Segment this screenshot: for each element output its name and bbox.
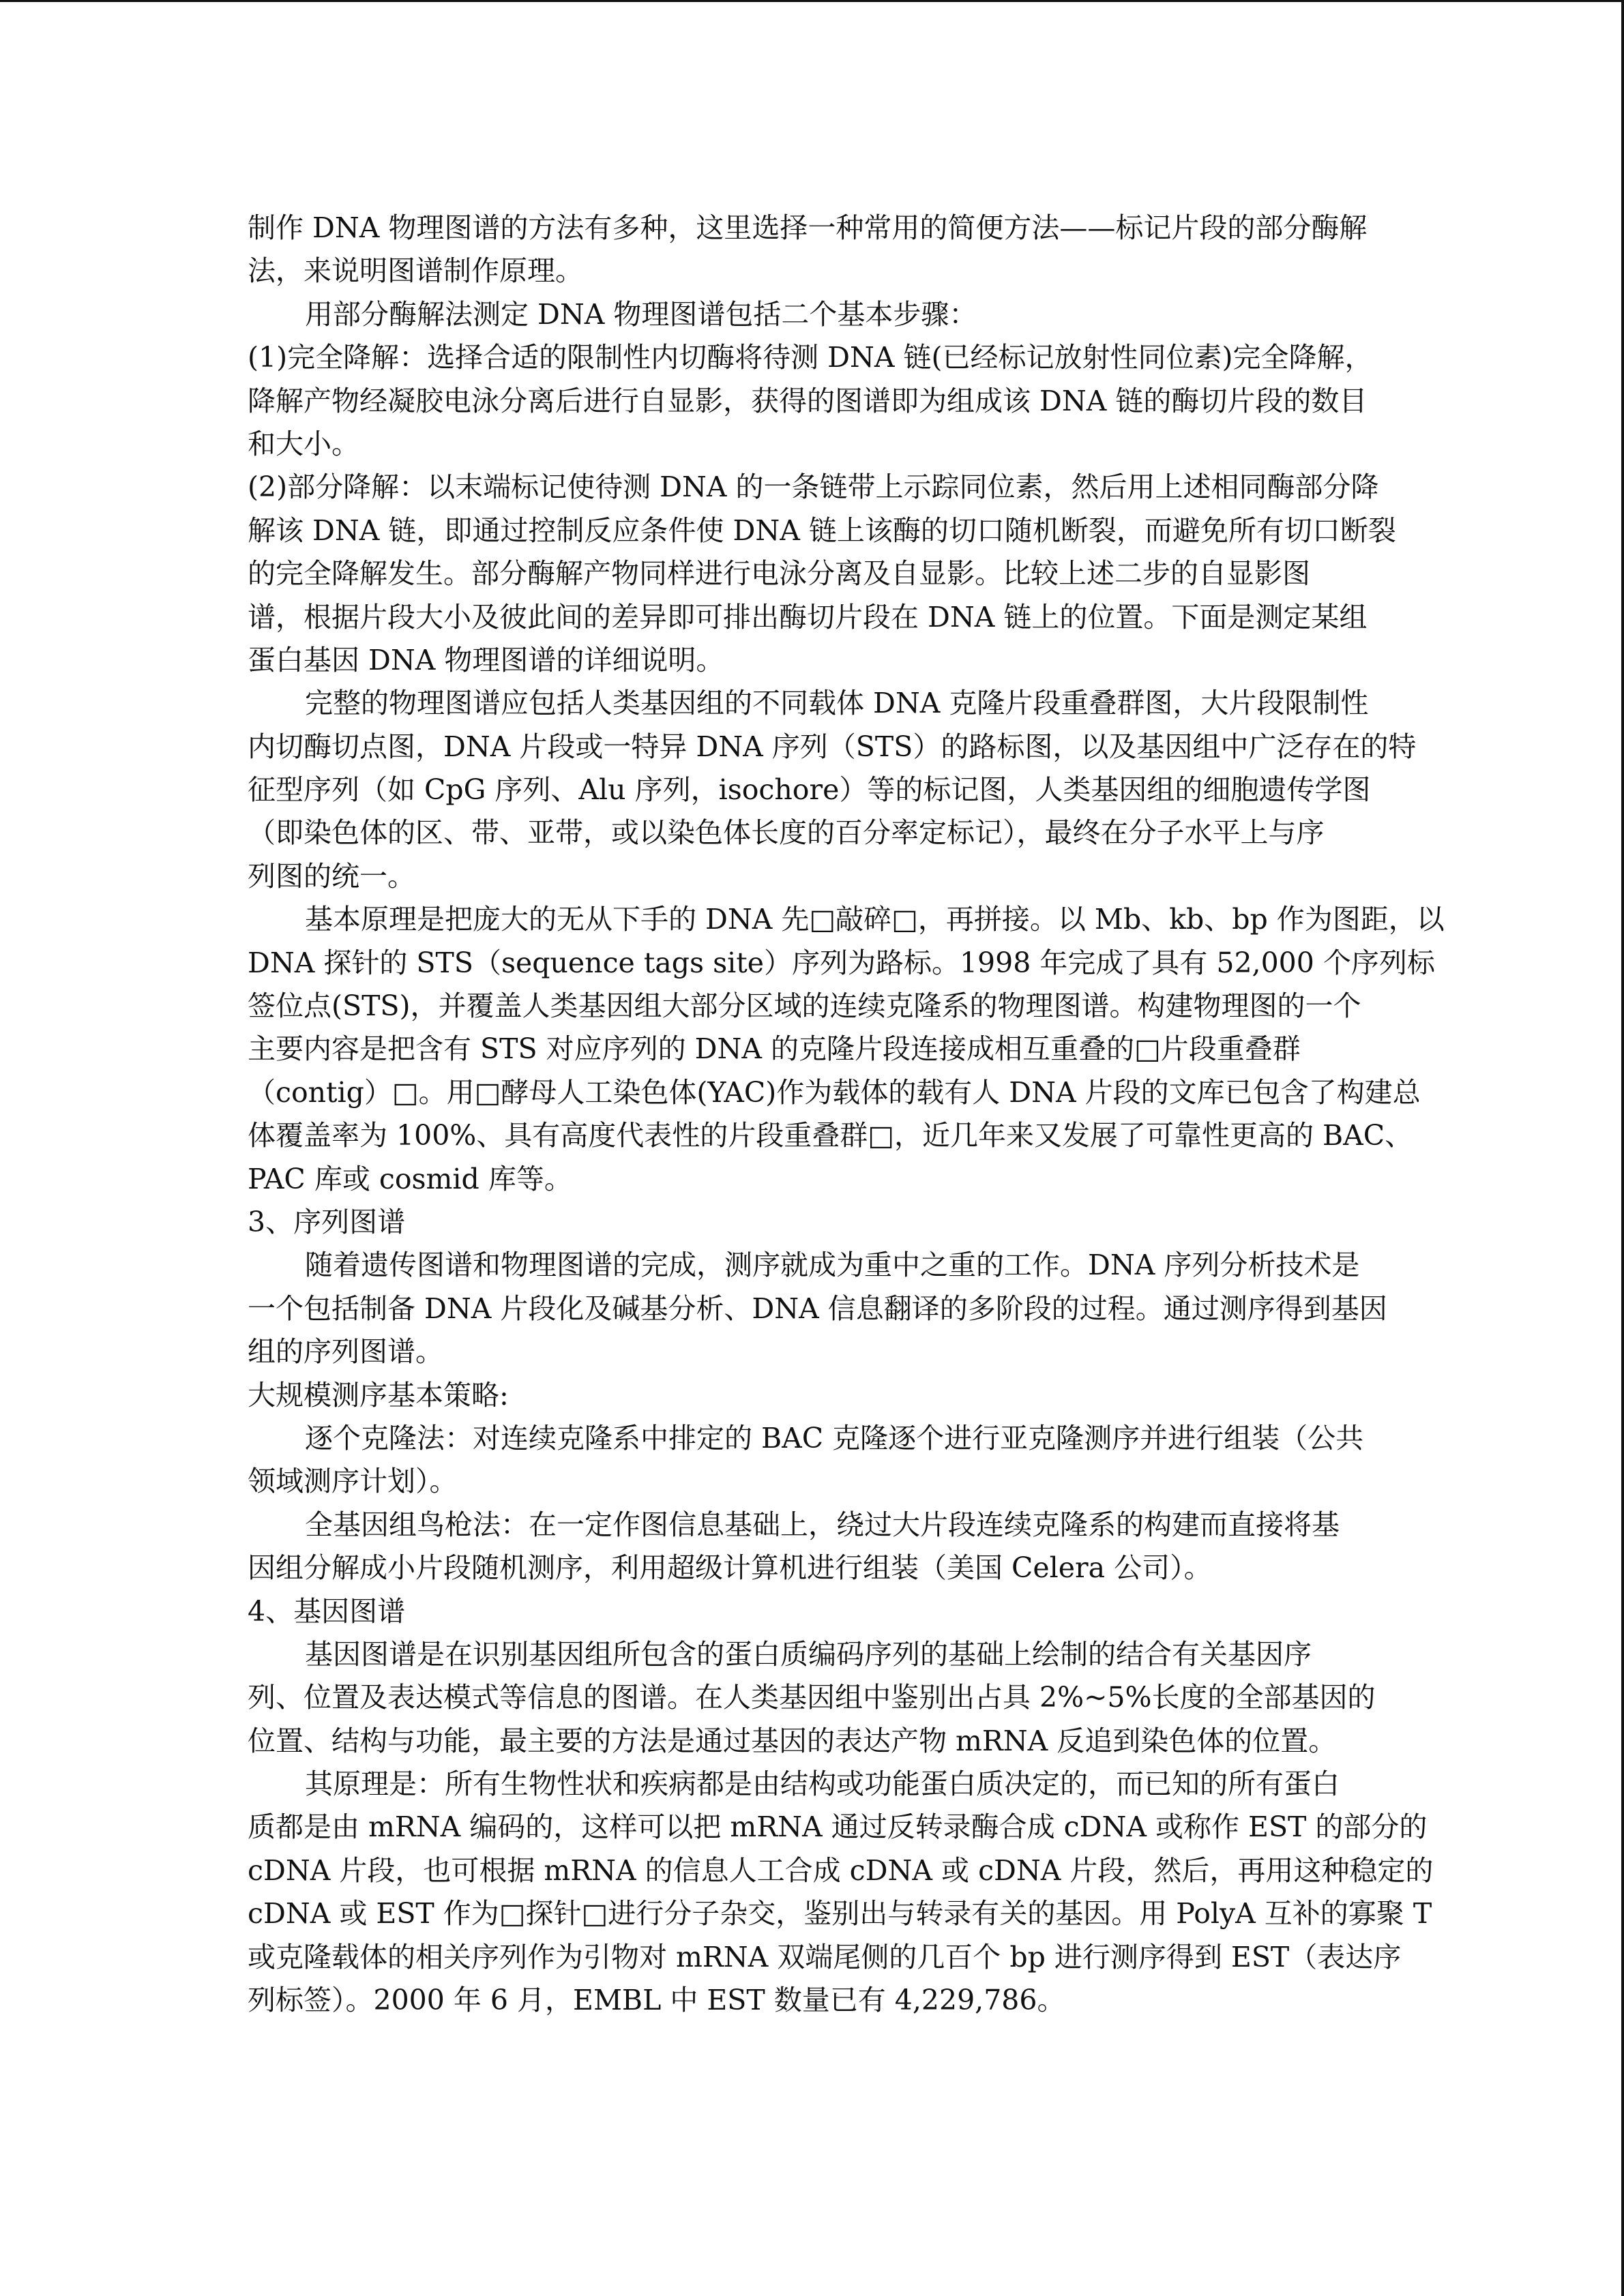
text-line: 列标签）。2000 年 6 月，EMBL 中 EST 数量已有 4,229,78… <box>248 1979 1380 2022</box>
paragraph-gene-map: 基因图谱是在识别基因组所包含的蛋白质编码序列的基础上绘制的结合有关基因序 列、位… <box>248 1633 1380 1763</box>
text-line: 制作 DNA 物理图谱的方法有多种，这里选择一种常用的简便方法——标记片段的部分… <box>248 207 1380 250</box>
text-line: 列、位置及表达模式等信息的图谱。在人类基因组中鉴别出占具 2%~5%长度的全部基… <box>248 1676 1380 1719</box>
text-line: 组的序列图谱。 <box>248 1330 1380 1373</box>
paragraph-gene-principle: 其原理是：所有生物性状和疾病都是由结构或功能蛋白质决定的，而已知的所有蛋白 质都… <box>248 1763 1380 2022</box>
paragraph-step-2: (2)部分降解：以末端标记使待测 DNA 的一条链带上示踪同位素，然后用上述相同… <box>248 466 1380 682</box>
heading-text: 4、基因图谱 <box>248 1590 1380 1633</box>
text-line: （contig）□。用□酵母人工染色体(YAC)作为载体的载有人 DNA 片段的… <box>248 1071 1380 1114</box>
text-line: DNA 探针的 STS（sequence tags site）序列为路标。199… <box>248 942 1380 985</box>
paragraph-clone-by-clone: 逐个克隆法：对连续克隆系中排定的 BAC 克隆逐个进行亚克隆测序并进行组装（公共… <box>248 1417 1380 1504</box>
section-heading-gene-map: 4、基因图谱 <box>248 1590 1380 1633</box>
text-line: 蛋白基因 DNA 物理图谱的详细说明。 <box>248 639 1380 682</box>
paragraph-shotgun: 全基因组鸟枪法：在一定作图信息基础上，绕过大片段连续克隆系的构建而直接将基 因组… <box>248 1504 1380 1590</box>
document-page: 制作 DNA 物理图谱的方法有多种，这里选择一种常用的简便方法——标记片段的部分… <box>0 0 1624 2296</box>
text-line: 基本原理是把庞大的无从下手的 DNA 先□敲碎□，再拼接。以 Mb、kb、bp … <box>248 898 1380 941</box>
paragraph-steps-intro: 用部分酶解法测定 DNA 物理图谱包括二个基本步骤： <box>248 293 1380 336</box>
text-line: （即染色体的区、带、亚带，或以染色体长度的百分率定标记），最终在分子水平上与序 <box>248 811 1380 854</box>
text-line: 一个包括制备 DNA 片段化及碱基分析、DNA 信息翻译的多阶段的过程。通过测序… <box>248 1287 1380 1330</box>
text-line: 内切酶切点图，DNA 片段或一特异 DNA 序列（STS）的路标图，以及基因组中… <box>248 726 1380 769</box>
text-line: 全基因组鸟枪法：在一定作图信息基础上，绕过大片段连续克隆系的构建而直接将基 <box>248 1504 1380 1547</box>
text-line: 体覆盖率为 100%、具有高度代表性的片段重叠群□，近几年来又发展了可靠性更高的… <box>248 1114 1380 1157</box>
text-line: 质都是由 mRNA 编码的，这样可以把 mRNA 通过反转录酶合成 cDNA 或… <box>248 1806 1380 1849</box>
text-line: 领域测序计划）。 <box>248 1460 1380 1503</box>
text-line: 解该 DNA 链，即通过控制反应条件使 DNA 链上该酶的切口随机断裂，而避免所… <box>248 509 1380 552</box>
paragraph-principle: 基本原理是把庞大的无从下手的 DNA 先□敲碎□，再拼接。以 Mb、kb、bp … <box>248 898 1380 1201</box>
text-line: cDNA 片段，也可根据 mRNA 的信息人工合成 cDNA 或 cDNA 片段… <box>248 1849 1380 1892</box>
text-line: 位置、结构与功能，最主要的方法是通过基因的表达产物 mRNA 反追到染色体的位置… <box>248 1720 1380 1763</box>
text-line: 随着遗传图谱和物理图谱的完成，测序就成为重中之重的工作。DNA 序列分析技术是 <box>248 1244 1380 1287</box>
text-line: 完整的物理图谱应包括人类基因组的不同载体 DNA 克隆片段重叠群图，大片段限制性 <box>248 682 1380 725</box>
text-line: 用部分酶解法测定 DNA 物理图谱包括二个基本步骤： <box>248 293 1380 336</box>
text-line: 其原理是：所有生物性状和疾病都是由结构或功能蛋白质决定的，而已知的所有蛋白 <box>248 1763 1380 1806</box>
text-line: 谱，根据片段大小及彼此间的差异即可排出酶切片段在 DNA 链上的位置。下面是测定… <box>248 596 1380 639</box>
heading-text: 3、序列图谱 <box>248 1201 1380 1244</box>
paragraph-complete-map: 完整的物理图谱应包括人类基因组的不同载体 DNA 克隆片段重叠群图，大片段限制性… <box>248 682 1380 898</box>
text-line: 基因图谱是在识别基因组所包含的蛋白质编码序列的基础上绘制的结合有关基因序 <box>248 1633 1380 1676</box>
text-line: 大规模测序基本策略: <box>248 1374 1380 1417</box>
paragraph-step-1: (1)完全降解：选择合适的限制性内切酶将待测 DNA 链(已经标记放射性同位素)… <box>248 336 1380 466</box>
text-line: 因组分解成小片段随机测序，利用超级计算机进行组装（美国 Celera 公司）。 <box>248 1547 1380 1590</box>
paragraph-strategy-title: 大规模测序基本策略: <box>248 1374 1380 1417</box>
text-line: 和大小。 <box>248 423 1380 466</box>
text-line: 的完全降解发生。部分酶解产物同样进行电泳分离及自显影。比较上述二步的自显影图 <box>248 552 1380 595</box>
text-line: (2)部分降解：以末端标记使待测 DNA 的一条链带上示踪同位素，然后用上述相同… <box>248 466 1380 509</box>
text-line: 法，来说明图谱制作原理。 <box>248 250 1380 293</box>
text-line: 降解产物经凝胶电泳分离后进行自显影，获得的图谱即为组成该 DNA 链的酶切片段的… <box>248 380 1380 423</box>
text-line: cDNA 或 EST 作为□探针□进行分子杂交，鉴别出与转录有关的基因。用 Po… <box>248 1892 1380 1935</box>
text-line: 逐个克隆法：对连续克隆系中排定的 BAC 克隆逐个进行亚克隆测序并进行组装（公共 <box>248 1417 1380 1460</box>
section-heading-sequence-map: 3、序列图谱 <box>248 1201 1380 1244</box>
paragraph-sequence-map: 随着遗传图谱和物理图谱的完成，测序就成为重中之重的工作。DNA 序列分析技术是 … <box>248 1244 1380 1373</box>
text-line: 主要内容是把含有 STS 对应序列的 DNA 的克隆片段连接成相互重叠的□片段重… <box>248 1028 1380 1071</box>
text-line: (1)完全降解：选择合适的限制性内切酶将待测 DNA 链(已经标记放射性同位素)… <box>248 336 1380 379</box>
document-body: 制作 DNA 物理图谱的方法有多种，这里选择一种常用的简便方法——标记片段的部分… <box>248 207 1380 2022</box>
text-line: PAC 库或 cosmid 库等。 <box>248 1158 1380 1201</box>
text-line: 或克隆载体的相关序列作为引物对 mRNA 双端尾侧的几百个 bp 进行测序得到 … <box>248 1936 1380 1979</box>
text-line: 征型序列（如 CpG 序列、Alu 序列，isochore）等的标记图，人类基因… <box>248 769 1380 811</box>
text-line: 列图的统一。 <box>248 855 1380 898</box>
paragraph-intro: 制作 DNA 物理图谱的方法有多种，这里选择一种常用的简便方法——标记片段的部分… <box>248 207 1380 293</box>
text-line: 签位点(STS)，并覆盖人类基因组大部分区域的连续克隆系的物理图谱。构建物理图的… <box>248 985 1380 1028</box>
